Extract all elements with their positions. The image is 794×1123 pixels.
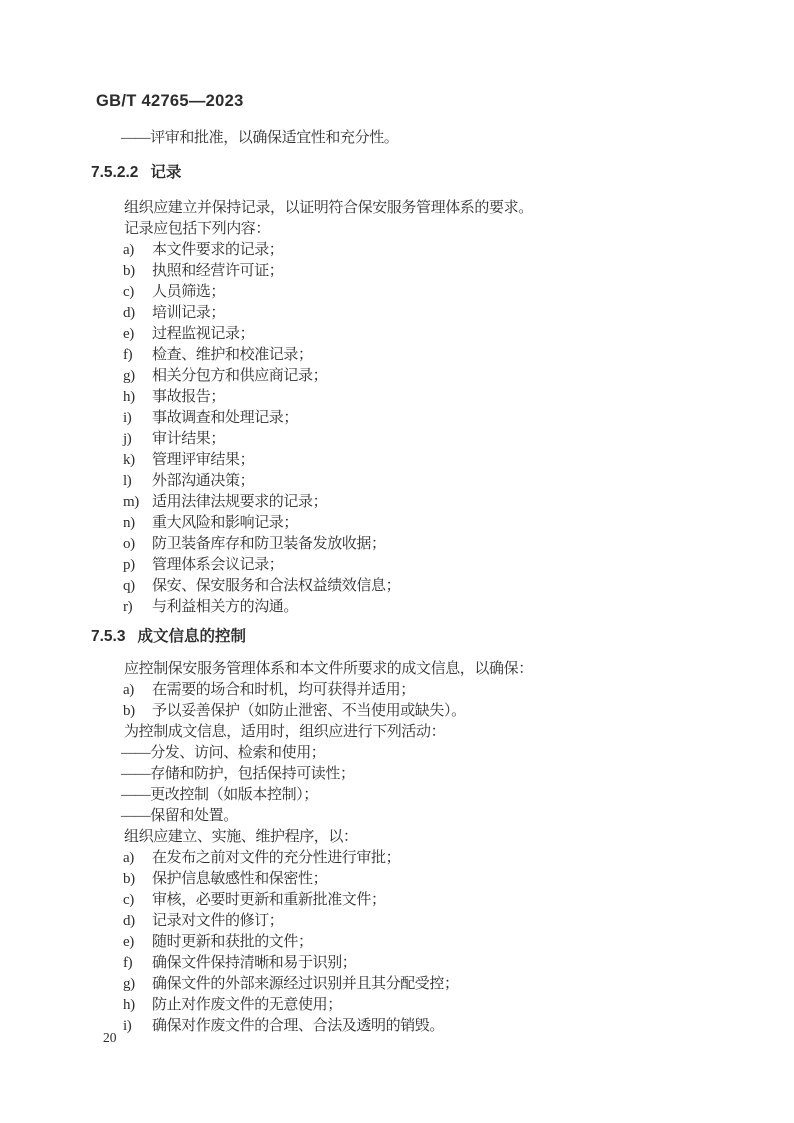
dash-list-item: ——分发、访问、检索和使用； (121, 743, 741, 764)
list-item: q)保安、保安服务和合法权益绩效信息； (91, 576, 741, 597)
list-item-text: 人员筛选； (152, 282, 741, 303)
list-item-label: c) (123, 282, 152, 303)
list-item-label: l) (123, 471, 152, 492)
list-item-text: 随时更新和获批的文件； (152, 932, 741, 953)
list-item-label: m) (123, 492, 152, 513)
list-item-label: k) (123, 450, 152, 471)
list-item-label: b) (123, 869, 152, 890)
list-item-label: h) (123, 995, 152, 1016)
dash-list-item: ——存储和防护，包括保持可读性； (121, 764, 741, 785)
list-item: a)本文件要求的记录； (91, 240, 741, 261)
list-item-label: d) (123, 303, 152, 324)
list-item-text: 确保对作废文件的合理、合法及透明的销毁。 (152, 1016, 741, 1037)
list-item: d)培训记录； (91, 303, 741, 324)
list-item-text: 予以妥善保护（如防止泄密、不当使用或缺失）。 (152, 701, 741, 722)
list-item-text: 事故调查和处理记录； (152, 408, 741, 429)
list-item-label: a) (123, 680, 152, 701)
list-item: i)确保对作废文件的合理、合法及透明的销毁。 (91, 1016, 741, 1037)
list-item: a)在发布之前对文件的充分性进行审批； (91, 848, 741, 869)
list-item-label: r) (123, 597, 152, 618)
list-item-label: o) (123, 534, 152, 555)
list-item-text: 在需要的场合和时机，均可获得并适用； (152, 680, 741, 701)
list-item-text: 执照和经营许可证； (152, 261, 741, 282)
list-item: b)执照和经营许可证； (91, 261, 741, 282)
list-item-text: 管理评审结果； (152, 450, 741, 471)
list-item: g)确保文件的外部来源经过识别并且其分配受控； (91, 974, 741, 995)
page-content: ——评审和批准，以确保适宜性和充分性。 7.5.2.2记录 组织应建立并保持记录… (91, 128, 741, 1037)
list-item: n)重大风险和影响记录； (91, 513, 741, 534)
paragraph: 组织应建立并保持记录，以证明符合保安服务管理体系的要求。 (91, 198, 741, 219)
dash-list-item: ——评审和批准，以确保适宜性和充分性。 (121, 128, 741, 149)
list-item-label: d) (123, 911, 152, 932)
list-item-text: 适用法律法规要求的记录； (152, 492, 741, 513)
list-item: m)适用法律法规要求的记录； (91, 492, 741, 513)
list-item-label: g) (123, 366, 152, 387)
clause-title: 成文信息的控制 (137, 628, 246, 645)
list-item: a)在需要的场合和时机，均可获得并适用； (91, 680, 741, 701)
clause-number: 7.5.2.2 (91, 164, 138, 181)
list-item-label: f) (123, 953, 152, 974)
list-item-text: 重大风险和影响记录； (152, 513, 741, 534)
paragraph: 应控制保安服务管理体系和本文件所要求的成文信息，以确保： (91, 659, 741, 680)
list-item: o)防卫装备库存和防卫装备发放收据； (91, 534, 741, 555)
list-item-text: 记录对文件的修订； (152, 911, 741, 932)
list-item-text: 与利益相关方的沟通。 (152, 597, 741, 618)
paragraph: 为控制成文信息，适用时，组织应进行下列活动： (91, 722, 741, 743)
clause-heading-7522: 7.5.2.2记录 (91, 161, 741, 185)
page-number: 20 (103, 1030, 117, 1046)
clause-title: 记录 (150, 164, 181, 181)
list-item-text: 事故报告； (152, 387, 741, 408)
list-item-text: 审计结果； (152, 429, 741, 450)
list-item: h)事故报告； (91, 387, 741, 408)
list-item: e)随时更新和获批的文件； (91, 932, 741, 953)
list-item-text: 在发布之前对文件的充分性进行审批； (152, 848, 741, 869)
list-item-text: 确保文件的外部来源经过识别并且其分配受控； (152, 974, 741, 995)
list-item-label: g) (123, 974, 152, 995)
list-item-label: b) (123, 701, 152, 722)
list-item-text: 确保文件保持清晰和易于识别； (152, 953, 741, 974)
list-item-label: h) (123, 387, 152, 408)
list-item-text: 管理体系会议记录； (152, 555, 741, 576)
list-item: b)保护信息敏感性和保密性； (91, 869, 741, 890)
clause-heading-753: 7.5.3成文信息的控制 (91, 625, 741, 649)
list-item-text: 防止对作废文件的无意使用； (152, 995, 741, 1016)
paragraph: 记录应包括下列内容： (91, 219, 741, 240)
list-item-label: j) (123, 429, 152, 450)
list-item: p)管理体系会议记录； (91, 555, 741, 576)
list-item-label: f) (123, 345, 152, 366)
list-item: h)防止对作废文件的无意使用； (91, 995, 741, 1016)
list-item-label: q) (123, 576, 152, 597)
list-item-label: e) (123, 932, 152, 953)
list-item: c)人员筛选； (91, 282, 741, 303)
list-item: l)外部沟通决策； (91, 471, 741, 492)
list-item-text: 保护信息敏感性和保密性； (152, 869, 741, 890)
list-item-text: 检查、维护和校准记录； (152, 345, 741, 366)
document-page: GB/T 42765—2023 ——评审和批准，以确保适宜性和充分性。 7.5.… (0, 0, 794, 1123)
list-item: j)审计结果； (91, 429, 741, 450)
list-item: r)与利益相关方的沟通。 (91, 597, 741, 618)
list-item-text: 外部沟通决策； (152, 471, 741, 492)
paragraph: 组织应建立、实施、维护程序，以： (91, 827, 741, 848)
list-item-label: c) (123, 890, 152, 911)
list-item-text: 审核，必要时更新和重新批准文件； (152, 890, 741, 911)
list-item-text: 保安、保安服务和合法权益绩效信息； (152, 576, 741, 597)
list-item: k)管理评审结果； (91, 450, 741, 471)
list-item-text: 本文件要求的记录； (152, 240, 741, 261)
list-item: f)检查、维护和校准记录； (91, 345, 741, 366)
list-item-text: 培训记录； (152, 303, 741, 324)
list-item-label: b) (123, 261, 152, 282)
clause-number: 7.5.3 (91, 628, 125, 645)
standard-number-header: GB/T 42765—2023 (96, 92, 244, 111)
list-item: b)予以妥善保护（如防止泄密、不当使用或缺失）。 (91, 701, 741, 722)
list-item-label: a) (123, 240, 152, 261)
list-item-label: a) (123, 848, 152, 869)
list-item: g)相关分包方和供应商记录； (91, 366, 741, 387)
dash-list-item: ——更改控制（如版本控制）； (121, 785, 741, 806)
list-item-label: p) (123, 555, 152, 576)
list-item: i)事故调查和处理记录； (91, 408, 741, 429)
list-item-label: n) (123, 513, 152, 534)
list-item: e)过程监视记录； (91, 324, 741, 345)
dash-list-item: ——保留和处置。 (121, 806, 741, 827)
list-item-text: 防卫装备库存和防卫装备发放收据； (152, 534, 741, 555)
list-item-label: i) (123, 408, 152, 429)
list-item: f)确保文件保持清晰和易于识别； (91, 953, 741, 974)
list-item: c)审核，必要时更新和重新批准文件； (91, 890, 741, 911)
list-item-label: e) (123, 324, 152, 345)
list-item: d)记录对文件的修订； (91, 911, 741, 932)
list-item-text: 过程监视记录； (152, 324, 741, 345)
list-item-text: 相关分包方和供应商记录； (152, 366, 741, 387)
list-item-label: i) (123, 1016, 152, 1037)
